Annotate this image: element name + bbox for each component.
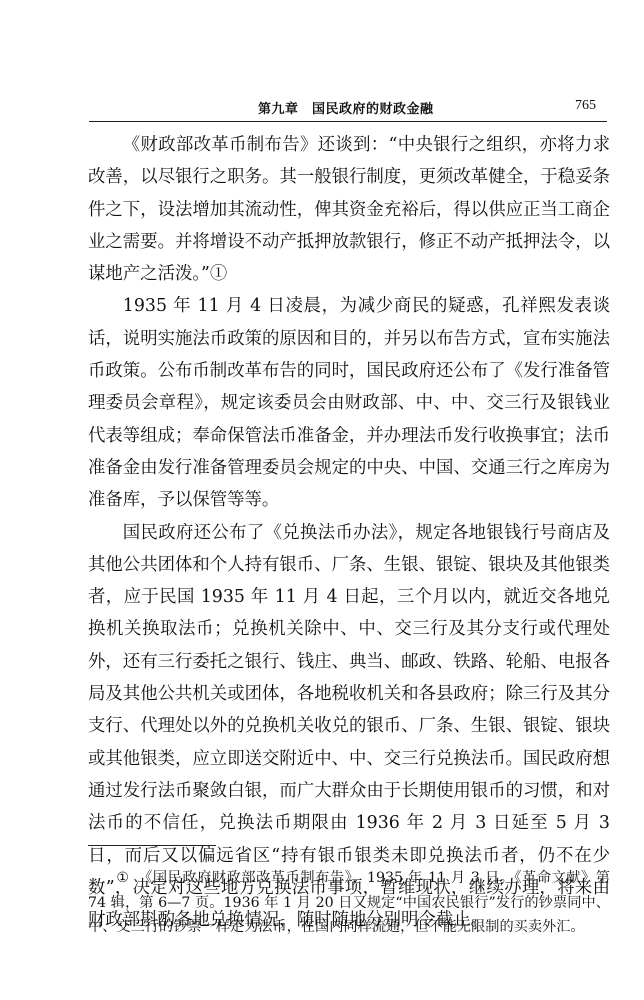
footnotes: ①《国民政府财政部改革币制布告》，1935 年 11 月 3 日。《革命文献》第… <box>88 866 610 940</box>
running-header: 第九章 国民政府的财政金融 765 <box>88 98 608 120</box>
chapter-title: 第九章 国民政府的财政金融 <box>258 98 434 117</box>
book-page: 第九章 国民政府的财政金融 765 《财政部改革币制布告》还谈到：“中央银行之组… <box>0 0 644 1000</box>
body-text: 《财政部改革币制布告》还谈到：“中央银行之组织，亦将力求改善，以尽银行之职务。其… <box>88 129 610 936</box>
footnote-rule <box>88 845 216 846</box>
footnote-text: 《国民政府财政部改革币制布告》，1935 年 11 月 3 日。《革命文献》第 … <box>88 870 610 935</box>
paragraph-1: 《财政部改革币制布告》还谈到：“中央银行之组织，亦将力求改善，以尽银行之职务。其… <box>88 129 610 290</box>
paragraph-2: 1935 年 11 月 4 日凌晨，为减少商民的疑惑，孔祥熙发表谈话，说明实施法… <box>88 290 610 516</box>
footnote-marker: ① <box>116 870 129 886</box>
header-rule <box>89 121 607 122</box>
page-number: 765 <box>575 98 596 114</box>
footnote-1: ①《国民政府财政部改革币制布告》，1935 年 11 月 3 日。《革命文献》第… <box>88 866 610 940</box>
